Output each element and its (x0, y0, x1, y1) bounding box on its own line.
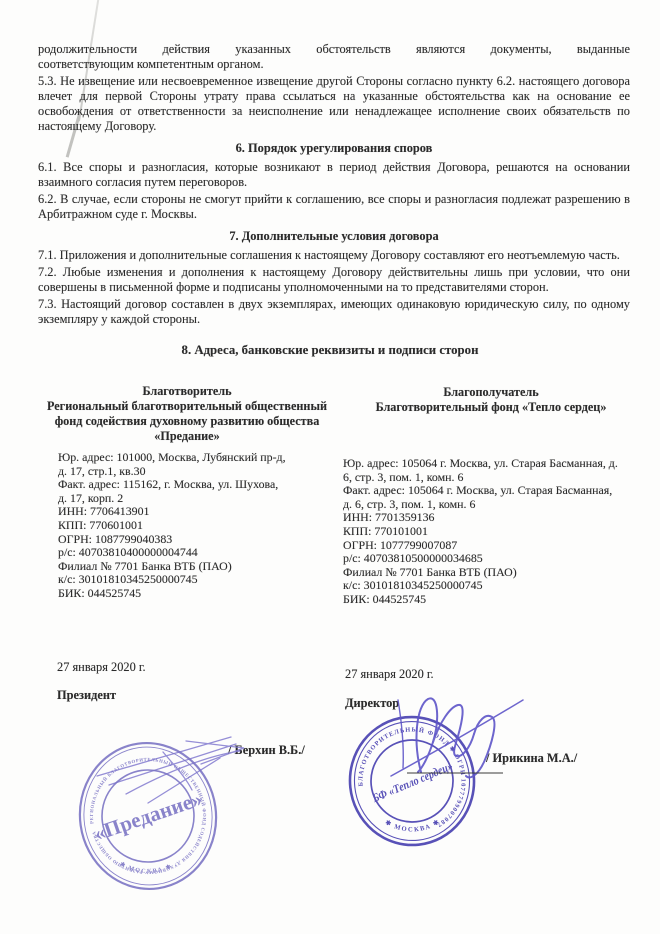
benefactor-stamp: РЕГИОНАЛЬНЫЙ БЛАГОТВОРИТЕЛЬНЫЙ ОБЩЕСТВЕН… (71, 734, 226, 898)
stamp-center-text: БФ «Тепло сердец» (369, 759, 454, 806)
stamp-center-text: «Предание» (91, 786, 205, 845)
contract-page: родолжительности действия указанных обст… (0, 0, 660, 934)
stamps-and-signatures-layer: РЕГИОНАЛЬНЫЙ БЛАГОТВОРИТЕЛЬНЫЙ ОБЩЕСТВЕН… (0, 0, 660, 934)
stamp-bottom-text: ✱ МОСКВА ✱ (118, 854, 174, 880)
